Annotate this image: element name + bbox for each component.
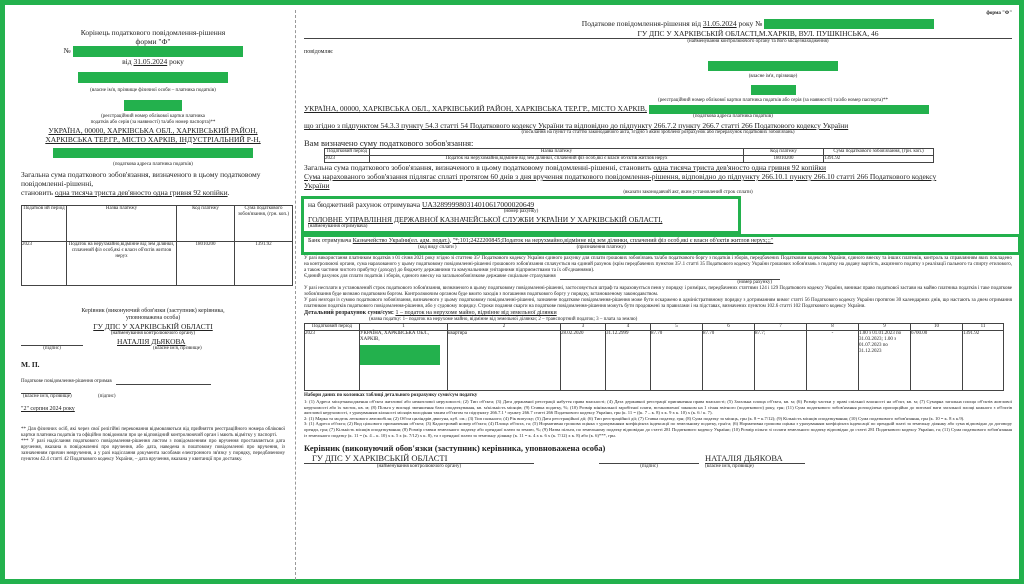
- authority-caption: (найменування контролюючого органу та йо…: [304, 39, 1012, 45]
- legend-3: 3: (1) Адреса об'єкта; (2) Вид цільового…: [304, 421, 1012, 438]
- dth-2: 2: [448, 324, 561, 331]
- footnote-2: *** У разі надіслання податкового повідо…: [21, 439, 285, 463]
- th-payment-code: Код платежу: [177, 206, 235, 242]
- received-line: [116, 384, 211, 385]
- legend-1: 1: (1) Адреса місцезнаходження об'єкта ж…: [304, 399, 1012, 416]
- recv-name-caption: (власне ім'я, прізвище): [23, 394, 98, 400]
- title-suffix: року №: [739, 19, 763, 28]
- stub-org: ГУ ДПС У ХАРКІВСЬКІЙ ОБЛАСТІ: [21, 322, 285, 331]
- detail-table: Податковий період 1 2 3 4 5 6 7 8 9 10 1…: [304, 323, 1004, 391]
- dcell-reg-date: 28.02.2020: [561, 331, 606, 391]
- total-text: Загальна сума податкового зобов'язання, …: [21, 170, 285, 188]
- purpose-caption: (призначення платежу): [577, 245, 626, 251]
- dcell-min-wage: 6700.00: [911, 331, 963, 391]
- received-label: Податкове повідомлення-рішення отримав: [21, 379, 112, 385]
- payment-code-caption: (код виду сплати ): [418, 245, 457, 251]
- total-prefix: становить: [21, 188, 53, 197]
- stub-title: Корінець податкового повідомлення-рішенн…: [21, 28, 285, 46]
- th-period: Податков ий період: [22, 206, 67, 242]
- detail-label: Детальний розрахунок суми/сум:: [304, 310, 394, 316]
- table-row: 2023 Податок на нерухмайно,відмінне від …: [22, 242, 293, 286]
- dth-6: 6: [703, 324, 755, 331]
- dth-period: Податковий період: [305, 324, 360, 331]
- dcell-benefit: -: [807, 331, 859, 391]
- cell-amount: 1391.92: [824, 156, 934, 163]
- main-title: Податкове повідомлення-рішення від 31.05…: [304, 19, 1012, 29]
- cell-payment-name: Податок на нерухмайно,відмінне від зем д…: [67, 242, 177, 286]
- redacted-reg-number: [124, 100, 182, 111]
- number-label: №: [63, 46, 70, 55]
- redacted-address: [53, 148, 253, 158]
- sign-caption: (підпис): [21, 346, 83, 352]
- due-text: Сума нарахованого зобов'язання підлягає …: [304, 172, 944, 190]
- main-address: УКРАЇНА, 00000, ХАРКІВСЬКА ОБЛ., ХАРКІВС…: [304, 104, 1012, 114]
- table-row: 2023 УКРАЇНА, ХАРКІВСЬКА ОБЛ., ХАРКІВ, к…: [305, 331, 1004, 391]
- dcell-tax-amount: 1391.92: [963, 331, 1004, 391]
- dth-8: 8: [807, 324, 859, 331]
- single-account-paragraph: У разі використання платником податків з…: [304, 256, 1012, 274]
- authority: ГУ ДПС У ХАРКІВСЬКІЙ ОБЛАСТІ,М.ХАРКІВ, В…: [304, 29, 1012, 39]
- dth-1: 1: [360, 324, 448, 331]
- stub-tax-table: Податков ий період Назва платежу Код пла…: [21, 205, 293, 286]
- recipient-box: на бюджетний рахунок отримувача UA328999…: [301, 196, 741, 234]
- stub-date: від 31.05.2024 року: [21, 57, 285, 66]
- dcell-end-date: 31.12.2999: [606, 331, 651, 391]
- dth-11: 11: [963, 324, 1004, 331]
- redacted-name: [78, 72, 228, 83]
- th-payment-code: Код платежу: [744, 149, 824, 156]
- main-name-caption-bottom: (власне ім'я, прізвище): [705, 464, 805, 470]
- dth-9: 9: [859, 324, 911, 331]
- head-name: НАТАЛІЯ ДЬЯКОВА: [117, 337, 185, 346]
- address-caption: (податкова адреса платника податків): [21, 162, 285, 168]
- cell-period: 2023: [22, 242, 67, 286]
- main-date: 31.05.2024: [703, 19, 737, 28]
- head-title-2: уповноважена особа): [21, 315, 285, 322]
- dth-3: 3: [561, 324, 606, 331]
- dcell-share: 87.70: [703, 331, 755, 391]
- dcell-rate: 1.00 з 01.01.2023 по 31.03.2023; 1.00 з …: [859, 331, 911, 391]
- received-date: "2" серпня 2024 року: [21, 406, 285, 413]
- bank-label: Банк отримувача: [308, 238, 351, 244]
- main-org: ГУ ДПС У ХАРКІВСЬКІЙ ОБЛАСТІ: [304, 453, 534, 464]
- th-period: Податковий період: [325, 149, 370, 156]
- head-title-1: Керівник (виконуючий обов'язки (заступни…: [21, 308, 285, 315]
- dcell-period: 2023: [305, 331, 360, 391]
- date-prefix: від: [122, 57, 131, 66]
- dcell-total-area: 87.7;: [755, 331, 807, 391]
- dcell-area: 87.70: [651, 331, 703, 391]
- redacted-address-main: [649, 105, 929, 114]
- dth-7: 7: [755, 324, 807, 331]
- detail-value: 1 – податок на нерухоме майно, відмінне …: [395, 310, 556, 316]
- total-words: одна тисяча триста дев'яносто одна гривн…: [55, 188, 228, 197]
- assessed-heading: Вам визначено суму податкового зобов'яза…: [304, 138, 1012, 148]
- address-line-1: УКРАЇНА, 00000, ХАРКІВСЬКА ОБЛ., ХАРКІВС…: [21, 126, 285, 135]
- stamp-label: М. П.: [21, 360, 285, 369]
- stub-number: №: [21, 46, 285, 57]
- dcell-address-text: УКРАЇНА, ХАРКІВСЬКА ОБЛ., ХАРКІВ,: [360, 331, 447, 343]
- stub-section: Корінець податкового повідомлення-рішенн…: [5, 5, 295, 579]
- address-line-2: ХАРКІВСЬКА ТЕР.ГР., МІСТО ХАРКІВ, ІНДУСТ…: [21, 135, 285, 144]
- bank-name: Казначейство України(ел. адм. подат.): [353, 238, 450, 244]
- main-total-words: одна тисяча триста дев'яносто одна гривн…: [653, 163, 826, 172]
- dth-10: 10: [911, 324, 963, 331]
- single-account-label: Єдиний рахунок для сплати податків і збо…: [304, 274, 556, 280]
- main-address-value: УКРАЇНА, 00000, ХАРКІВСЬКА ОБЛ., ХАРКІВС…: [304, 104, 647, 113]
- main-sign-caption: (підпис): [599, 464, 699, 470]
- name-caption: (власне ім'я, прізвище фізичної особи – …: [78, 88, 228, 94]
- main-address-caption: (податкова адреса платника податків): [304, 114, 1012, 120]
- dth-5: 5: [651, 324, 703, 331]
- cut-line: [295, 10, 296, 580]
- stub-title-line1: Корінець податкового повідомлення-рішенн…: [21, 28, 285, 37]
- cell-period: 2023: [325, 156, 370, 163]
- main-section: форма "Ф" Податкове повідомлення-рішення…: [298, 5, 1018, 579]
- stub-total: Загальна сума податкового зобов'язання, …: [21, 170, 285, 197]
- dth-4: 4: [606, 324, 651, 331]
- table-row: 2023 Податок на нерухомайно,відмінне від…: [325, 156, 934, 163]
- cell-payment-name: Податок на нерухомайно,відмінне від зем …: [370, 156, 744, 163]
- cell-payment-code: 18010200: [177, 242, 235, 286]
- legal-basis: що згідно з підпунктом 54.3.3 пункту 54.…: [304, 121, 1012, 130]
- redacted-taxpayer-name: [708, 61, 838, 71]
- account-label: на бюджетний рахунок отримувача: [308, 200, 420, 209]
- cell-payment-code: 18010200: [744, 156, 824, 163]
- stub-date-value: 31.05.2024: [133, 57, 167, 66]
- th-payment-name: Назва платежу: [67, 206, 177, 242]
- main-head-name: НАТАЛІЯ ДЬЯКОВА: [705, 453, 805, 464]
- main-total-prefix: Загальна сума податкового зобов'язання, …: [304, 163, 651, 172]
- th-payment-name: Назва платежу: [370, 149, 744, 156]
- title-prefix: Податкове повідомлення-рішення від: [582, 19, 701, 28]
- redacted-number: [73, 46, 243, 57]
- redacted-object-address: [360, 345, 440, 365]
- legal-basis-caption: (посилання на пункт та статтю законодавч…: [304, 130, 1012, 136]
- recipient-name: ГОЛОВНЕ УПРАВЛІННЯ ДЕРЖАВНОЇ КАЗНАЧЕЙСЬК…: [308, 215, 734, 224]
- redacted-reg-number-main: [751, 85, 796, 95]
- payment-purpose[interactable]: "*;101;2422200845;Податок на нерухмайно,…: [453, 238, 774, 244]
- main-total: Загальна сума податкового зобов'язання, …: [304, 163, 1012, 172]
- stub-title-line2: форми "Ф": [21, 37, 285, 46]
- dcell-address: УКРАЇНА, ХАРКІВСЬКА ОБЛ., ХАРКІВ,: [360, 331, 448, 391]
- notifies-label: повідомляє: [304, 49, 1012, 56]
- redacted-decision-number: [764, 19, 934, 29]
- footnote-1: ** Для фізичних осіб, які через свої рел…: [21, 427, 285, 439]
- main-head-title: Керівник (виконуючий обов'язки (заступни…: [304, 443, 1012, 453]
- date-suffix: року: [169, 57, 184, 66]
- bank-box: Банк отримувача Казначейство України(ел.…: [301, 234, 1021, 255]
- nonpayment-paragraph: У разі несплати в установлений строк под…: [304, 286, 1012, 298]
- name-caption-2: (власне ім'я, прізвище): [153, 346, 202, 352]
- appeal-paragraph: У разі незгоди із сумою податкового зобо…: [304, 298, 1012, 310]
- main-tax-table: Податковий період Назва платежу Код плат…: [324, 148, 934, 163]
- th-amount: Сума податкового зобов'язання, (грн. коп…: [235, 206, 293, 242]
- dcell-type: квартира: [448, 331, 561, 391]
- recv-sign-caption: (підпис): [98, 394, 116, 400]
- main-org-caption: (найменування контролюючого органу): [304, 464, 534, 470]
- form-label: форма "Ф": [304, 11, 1012, 17]
- recipient-caption: (найменування отримувача): [308, 224, 734, 230]
- account-number[interactable]: UA328999980314010617000020649: [422, 200, 534, 209]
- cell-amount: 1391.92: [235, 242, 293, 286]
- th-amount: Сума податкового зобов'язання, (грн. коп…: [824, 149, 934, 156]
